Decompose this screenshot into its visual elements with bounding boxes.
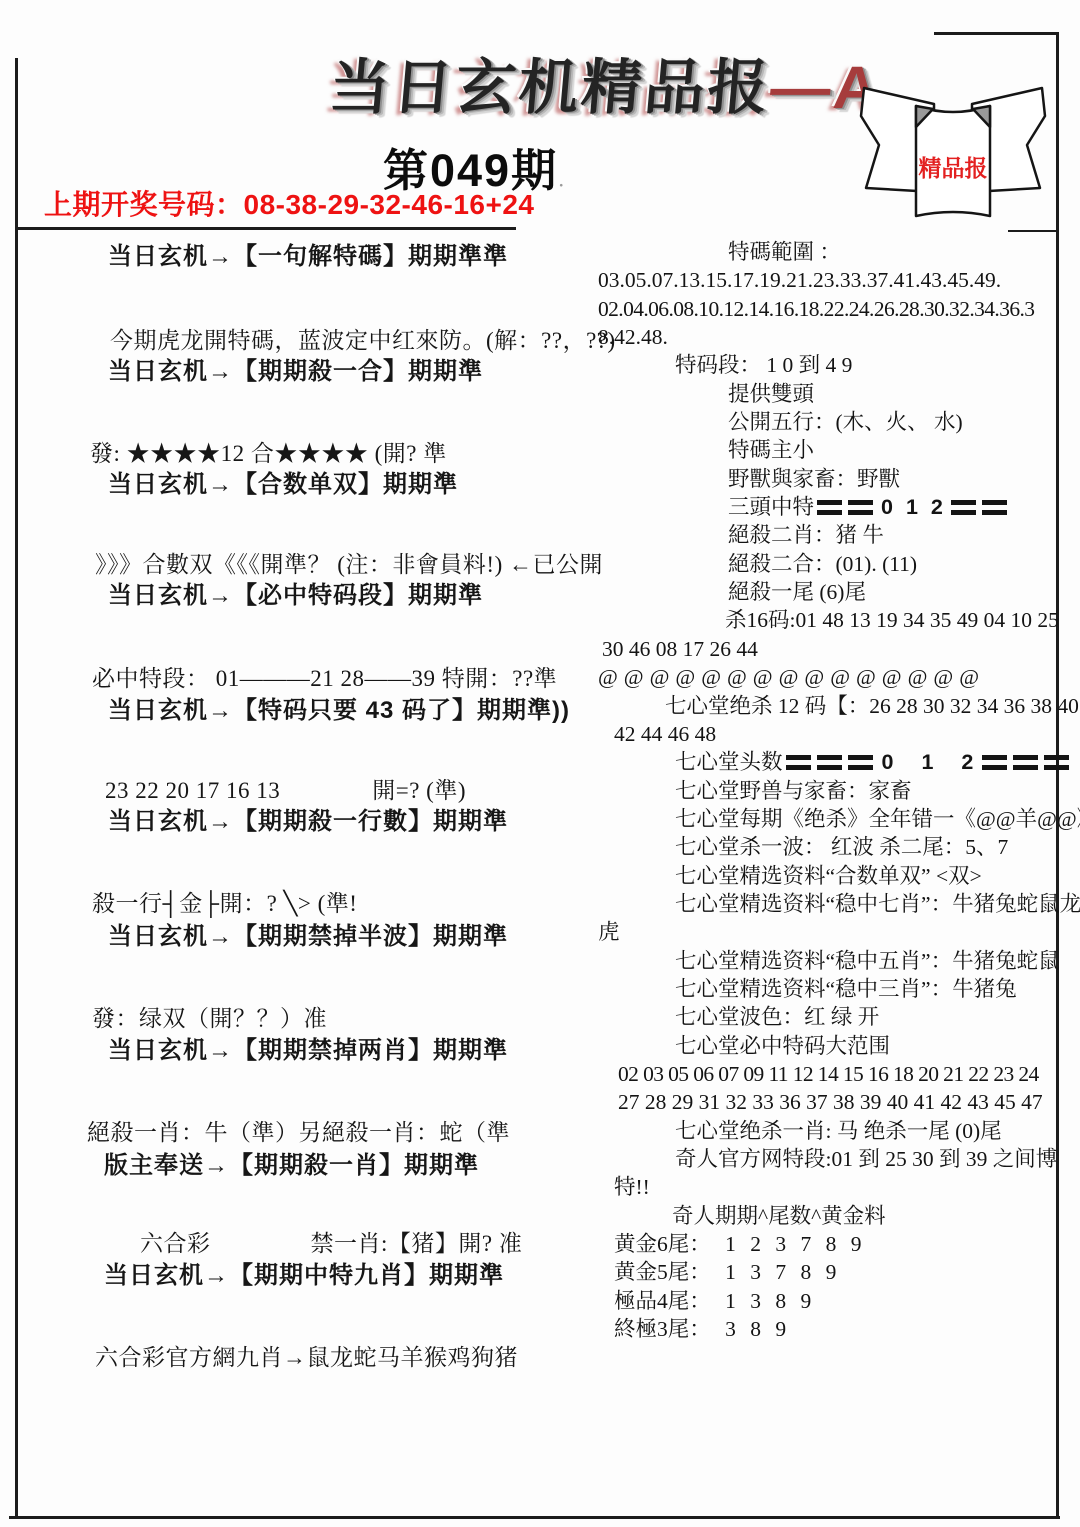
left-main: 当日玄机→【合数单双】期期準 — [108, 464, 458, 499]
left-main: 版主奉送→【期期殺一肖】期期準 — [104, 1145, 479, 1180]
bars-line-numbers: 0 1 2 — [876, 750, 980, 774]
left-main: 当日玄机→【期期中特九肖】期期準 — [104, 1255, 504, 1290]
masthead-main-text: 当日玄机精品报 — [327, 54, 774, 121]
right-line: @@@@@@@@@@@@@@@ — [590, 663, 1060, 691]
left-main: 当日玄机→【期期禁掉半波】期期準 — [108, 916, 508, 951]
right-line: 特!! — [590, 1173, 1060, 1201]
right-line: 虎 — [590, 918, 1060, 946]
bar-icon — [848, 500, 873, 515]
right-line: 七心堂杀一波： 红波 杀二尾：5、7 — [590, 833, 1060, 861]
bar-icon — [817, 500, 842, 515]
right-line: 七心堂精选资料“稳中五肖”：牛猪兔蛇鼠 — [590, 947, 1060, 975]
bars-line-prefix: 七心堂头数 — [675, 750, 783, 774]
right-line: 奇人期期^尾数^黄金料 — [590, 1202, 1060, 1230]
right-line: 03.05.07.13.15.17.19.21.23.33.37.41.43.4… — [590, 266, 1060, 294]
right-line: 七心堂精选资料“稳中三肖”：牛猪兔 — [590, 975, 1060, 1003]
left-main: 当日玄机→【一句解特碼】期期準準 — [108, 236, 508, 271]
bar-icon — [786, 755, 811, 770]
last-draw-numbers: 上期开奖号码：08-38-29-32-46-16+24 — [44, 183, 535, 223]
right-line: 特码段： 1 0 到 4 9 — [590, 351, 1060, 379]
right-line: 27 28 29 31 32 33 36 37 38 39 40 41 42 4… — [590, 1088, 1060, 1116]
right-line: 極品4尾： 1 3 8 9 — [590, 1287, 1060, 1315]
right-line: 七心堂必中特码大范围 — [590, 1032, 1060, 1060]
right-line: 七心堂波色：红 绿 开 — [590, 1003, 1060, 1031]
left-tip: 殺一行┤金├開：? ╲> (準! — [92, 885, 357, 918]
left-tip: 發：绿双（開？？）准 — [92, 1000, 327, 1033]
bar-icon — [1044, 755, 1069, 770]
right-line-heads: 七心堂头数0 1 2 — [590, 748, 1060, 776]
bar-icon — [951, 500, 976, 515]
frame-bottom-rule — [9, 1516, 1060, 1519]
masthead-title: 当日玄机精品报—A — [326, 40, 884, 126]
left-tip-row: 六合彩禁一肖:【猪】開? 准 — [140, 1225, 522, 1258]
left-tip-right: 開=? (準) — [372, 778, 466, 803]
bars-line-prefix: 三頭中特 — [728, 495, 814, 519]
bar-icon — [982, 500, 1007, 515]
right-line: 絕殺二肖：猪 牛 — [590, 521, 1060, 549]
bar-icon — [982, 755, 1007, 770]
logo-label: 精品报 — [919, 155, 988, 181]
frame-left-rule — [15, 58, 18, 1518]
right-line: 野獸與家畜：野獸 — [590, 465, 1060, 493]
right-line: 絕殺一尾 (6)尾 — [590, 578, 1060, 606]
right-line: 七心堂精选资料“稳中七肖”：牛猪兔蛇鼠龙 — [590, 890, 1060, 918]
bar-icon — [848, 755, 873, 770]
right-line: 七心堂绝杀一肖: 马 绝杀一尾 (0)尾 — [590, 1117, 1060, 1145]
right-line: 七心堂绝杀 12 码【：26 28 30 32 34 36 38 40 — [590, 692, 1060, 720]
frame-top-rule — [934, 32, 1059, 35]
right-line: 8.42.48. — [590, 323, 1060, 351]
bar-icon — [1013, 755, 1038, 770]
header-divider-rule — [15, 227, 516, 230]
right-column: 特碼範圍 ： 03.05.07.13.15.17.19.21.23.33.37.… — [590, 238, 1060, 1343]
right-line: 杀16码:01 48 13 19 34 35 49 04 10 25 — [590, 606, 1060, 634]
right-line: 42 44 46 48 — [590, 720, 1060, 748]
right-line: 特碼範圍 ： — [590, 238, 1060, 266]
left-tip-right: 禁一肖:【猪】開? 准 — [311, 1231, 523, 1256]
left-tip: 六合彩官方網九肖→鼠龙蛇马羊猴鸡狗猪 — [95, 1339, 518, 1372]
right-line: 公開五行：(木、火、 水) — [590, 408, 1060, 436]
right-line: 02.04.06.08.10.12.14.16.18.22.24.26.28.3… — [590, 295, 1060, 323]
left-main: 当日玄机→【期期殺一合】期期準 — [108, 351, 483, 386]
left-main: 当日玄机→【必中特码段】期期準 — [108, 575, 483, 610]
left-main: 当日玄机→【期期禁掉两肖】期期準 — [108, 1030, 508, 1065]
bar-icon — [817, 755, 842, 770]
right-line: 奇人官方网特段:01 到 25 30 到 39 之间博 — [590, 1145, 1060, 1173]
issue-tick-mark: ． — [558, 169, 580, 191]
newspaper-page: 当日玄机精品报—A 第049期． 上期开奖号码：08-38-29-32-46-1… — [0, 0, 1080, 1527]
left-tip: 絕殺一肖：牛（準）另絕殺一肖：蛇（準 — [87, 1114, 510, 1147]
right-line: 七心堂每期《绝杀》全年错一《@@羊@@》 — [590, 805, 1060, 833]
left-tip: 六合彩 — [140, 1231, 211, 1256]
right-line-heads: 三頭中特0 1 2 — [590, 493, 1060, 521]
frame-notch-rule — [1008, 230, 1058, 232]
right-line: 黄金6尾： 1 2 3 7 8 9 — [590, 1230, 1060, 1258]
right-line: 提供雙頭 — [590, 380, 1060, 408]
left-tip: 23 22 20 17 16 13 — [105, 778, 280, 803]
right-line: 02 03 05 06 07 09 11 12 14 15 16 18 20 2… — [590, 1060, 1060, 1088]
right-line: 特碼主小 — [590, 436, 1060, 464]
right-line: 30 46 08 17 26 44 — [590, 635, 1060, 663]
ribbon-logo: 精品报 — [856, 76, 1050, 222]
right-line: 絕殺二合：(01). (11) — [590, 550, 1060, 578]
bars-line-numbers: 0 1 2 — [876, 495, 948, 519]
left-tip: 必中特段： 01———21 28——39 特開：??準 — [92, 660, 557, 693]
left-main: 当日玄机→【特码只要 43 码了】期期準)) — [108, 690, 570, 725]
right-line: 七心堂野兽与家畜：家畜 — [590, 777, 1060, 805]
left-main: 当日玄机→【期期殺一行數】期期準 — [108, 801, 508, 836]
right-line: 黄金5尾： 1 3 7 8 9 — [590, 1258, 1060, 1286]
right-line: 七心堂精选资料“合数单双” <双> — [590, 862, 1060, 890]
right-line: 終極3尾： 3 8 9 — [590, 1315, 1060, 1343]
